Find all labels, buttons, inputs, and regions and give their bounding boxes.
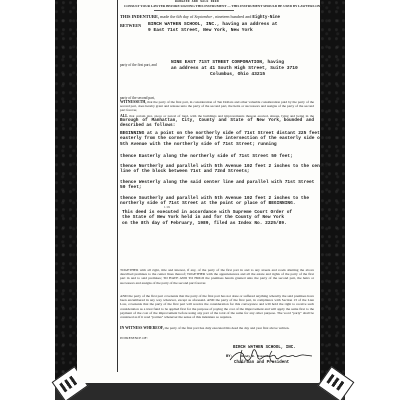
in-witness-text: the party of the first part has duly exe…: [165, 326, 290, 330]
in-presence-label: IN PRESENCE OF:: [120, 336, 148, 340]
court-order-note: This deed is executed in accordance with…: [122, 210, 292, 226]
together-paragraph: TOGETHER with all right, title and inter…: [120, 268, 314, 285]
party-one-address: 9 East 71st Street, New York, New York: [148, 28, 253, 33]
indenture-line: THIS INDENTURE, made the 6th day of Sept…: [120, 14, 280, 20]
between-label: BETWEEN: [120, 23, 141, 28]
in-witness-label: IN WITNESS WHEREOF,: [120, 326, 164, 330]
description-southerly: thence Southerly and parallel with 5th A…: [120, 196, 309, 207]
year-prefix: , nineteen hundred and: [213, 14, 251, 19]
description-easterly: thence Easterly along the northerly side…: [120, 154, 293, 159]
all-clause: ALL that certain plot, piece or parcel o…: [120, 114, 314, 129]
margin-rule: [117, 0, 118, 372]
party-two-line3: Columbus, Ohio 43215: [210, 72, 265, 77]
year-words: Eighty-Nine: [252, 16, 280, 20]
month: September: [194, 14, 212, 19]
form-title: BARGAIN AND SALE DEED: [175, 0, 219, 3]
header-rule: [154, 10, 234, 11]
party-one-label: party of the first part, and: [120, 63, 157, 67]
party-one-name: BIRCH WATHEN SCHOOL, INC., having an add…: [148, 22, 278, 27]
description-westerly: thence Westerly along the said center li…: [120, 180, 314, 191]
description-beginning: BEGINNING at a point on the northerly si…: [120, 131, 323, 147]
witnesseth-text: that the party of the first part, in con…: [120, 100, 314, 112]
scan-bottom-edge: [55, 380, 345, 400]
margin-mark: 1:09: [164, 206, 170, 209]
party-two-line2: an address at 41 South High Street, Suit…: [171, 66, 298, 71]
description-northerly: thence Northerly and parallel with 5th A…: [120, 164, 328, 175]
lawyer-warning: CONSULT YOUR LAWYER BEFORE SIGNING THIS …: [124, 4, 324, 8]
party-two-line1: NINE EAST 71ST STREET CORPORATION, havin…: [171, 60, 284, 65]
made-the: made the: [160, 14, 175, 19]
deed-page: BARGAIN AND SALE DEED CONSULT YOUR LAWYE…: [77, 0, 320, 383]
day-of: day of: [183, 14, 194, 19]
indenture-label: THIS INDENTURE,: [120, 14, 159, 19]
witnesseth-paragraph: WITNESSETH, that the party of the first …: [120, 100, 314, 113]
in-witness-paragraph: IN WITNESS WHEREOF, the party of the fir…: [120, 326, 314, 330]
covenant-paragraph: AND the party of the first part covenant…: [120, 294, 314, 319]
day-number: 6th: [176, 14, 181, 19]
signer-title: Chairman and President: [234, 361, 289, 365]
